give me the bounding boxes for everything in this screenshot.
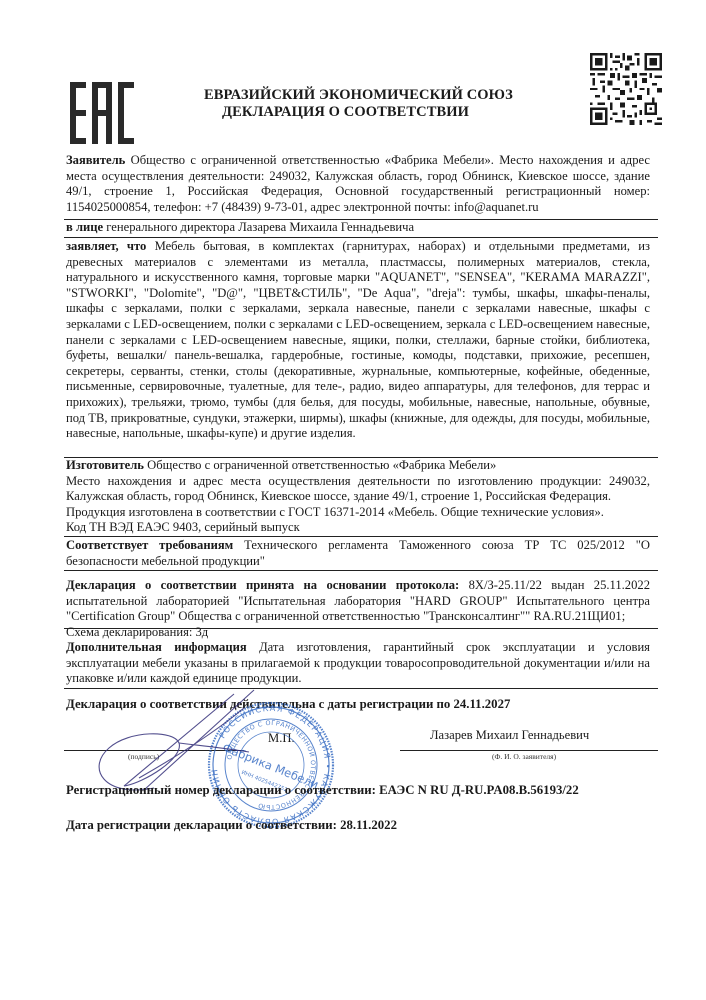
registration-number: Регистрационный номер декларации о соотв… <box>66 783 579 798</box>
protocol-label: Декларация о соответствии принята на осн… <box>66 578 459 592</box>
title-declaration: ДЕКЛАРАЦИЯ О СООТВЕТСТВИИ <box>200 104 540 121</box>
product-section: заявляет, что Мебель бытовая, в комплект… <box>66 239 650 442</box>
name-line <box>400 750 658 751</box>
additional-info-section: Дополнительная информация Дата изготовле… <box>66 640 650 687</box>
protocol-section: Декларация о соответствии принята на осн… <box>66 578 650 640</box>
representative-section: в лице генерального директора Лазарева М… <box>66 220 650 236</box>
document-title: ЕВРАЗИЙСКИЙ ЭКОНОМИЧЕСКИЙ СОЮЗ ДЕКЛАРАЦИ… <box>200 87 540 121</box>
compliance-section: Соответствует требованиям Технического р… <box>66 538 650 569</box>
title-union: ЕВРАЗИЙСКИЙ ЭКОНОМИЧЕСКИЙ СОЮЗ <box>200 87 540 104</box>
manufacturer-section: Изготовитель Общество с ограниченной отв… <box>66 458 650 536</box>
divider <box>64 628 658 629</box>
product-description: Мебель бытовая, в комплектах (гарнитурах… <box>66 239 650 440</box>
manufacturer-name: Общество с ограниченной ответственностью… <box>147 458 496 472</box>
applicant-label: Заявитель <box>66 153 125 167</box>
manufacturer-label: Изготовитель <box>66 458 144 472</box>
compliance-label: Соответствует требованиям <box>66 538 233 552</box>
handwritten-signature <box>84 688 334 798</box>
manufacturer-standard: Продукция изготовлена в соответствии с Г… <box>66 505 650 521</box>
signer-caption: (Ф. И. О. заявителя) <box>492 752 556 761</box>
representative-label: в лице <box>66 220 103 234</box>
registration-date: Дата регистрации декларации о соответств… <box>66 818 397 833</box>
additional-label: Дополнительная информация <box>66 640 247 654</box>
signer-name: Лазарев Михаил Геннадьевич <box>430 728 589 743</box>
applicant-text: Общество с ограниченной ответственностью… <box>66 153 650 214</box>
declares-label: заявляет, что <box>66 239 146 253</box>
product-code: Код ТН ВЭД ЕАЭС 9403, серийный выпуск <box>66 520 650 536</box>
declaration-document: ЕВРАЗИЙСКИЙ ЭКОНОМИЧЕСКИЙ СОЮЗ ДЕКЛАРАЦИ… <box>0 0 706 1000</box>
divider <box>64 570 658 571</box>
applicant-section: Заявитель Общество с ограниченной ответс… <box>66 153 650 215</box>
representative-text: генерального директора Лазарева Михаила … <box>106 220 414 234</box>
qr-code-icon[interactable] <box>590 46 662 132</box>
divider <box>64 536 658 537</box>
eac-mark-icon <box>68 80 136 146</box>
divider <box>64 237 658 238</box>
manufacturer-address: Место нахождения и адрес места осуществл… <box>66 474 650 505</box>
